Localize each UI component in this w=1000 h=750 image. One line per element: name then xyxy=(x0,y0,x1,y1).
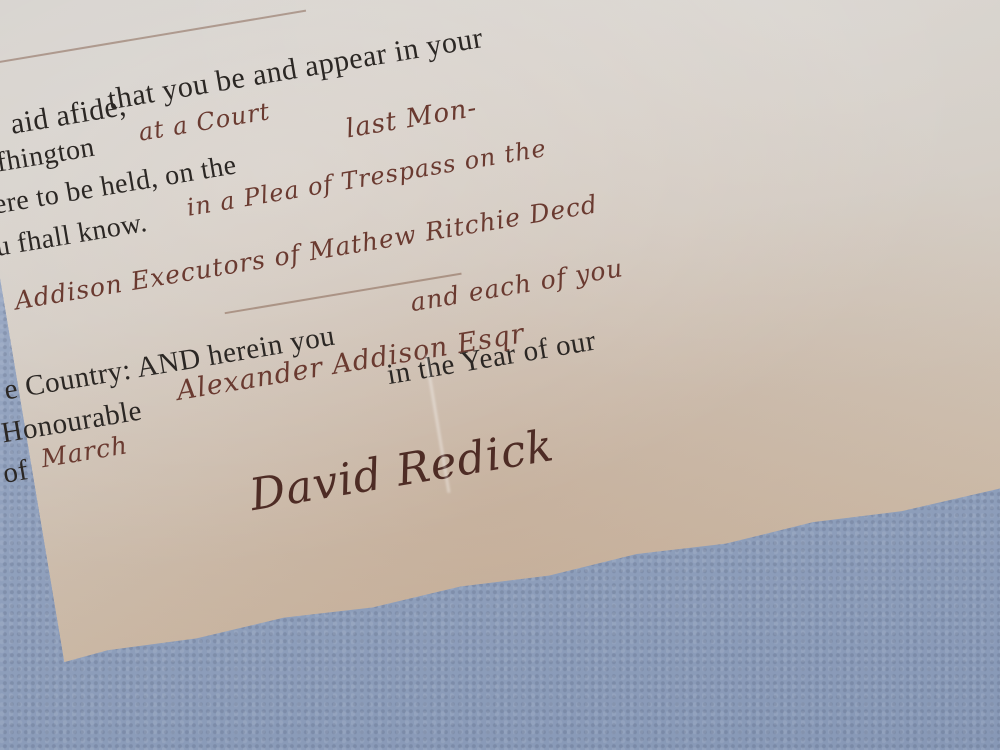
printed-line-of: of xyxy=(1,454,31,491)
ruled-line xyxy=(0,10,306,64)
handwritten-day: last Mon- xyxy=(344,93,480,144)
printed-line-aside: aid afide, xyxy=(8,89,129,142)
handwritten-signature: David Redick xyxy=(246,420,558,521)
handwritten-each-of-you: and each of you xyxy=(408,253,625,317)
